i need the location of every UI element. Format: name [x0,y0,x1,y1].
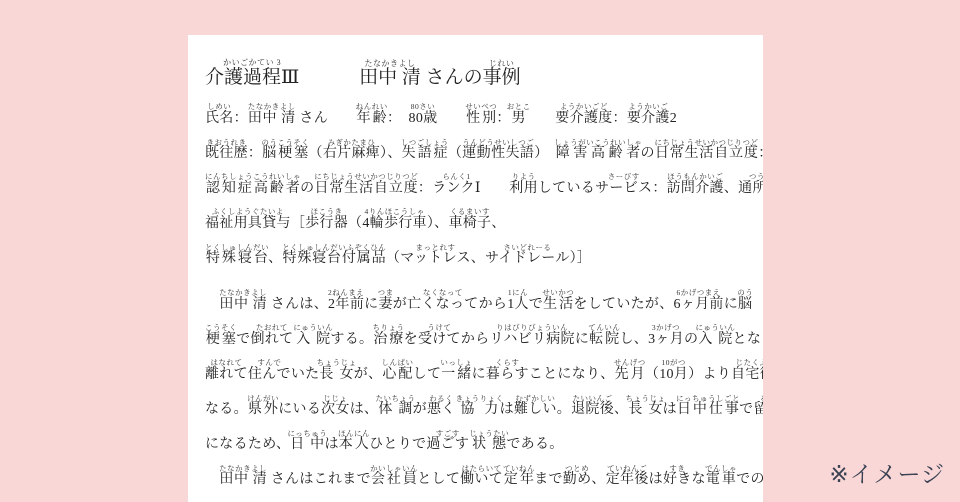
text-line: になるため、日中にっちゅうは本人ほんにんひとりで過ごすすごす状態じょうたいである… [205,427,749,462]
text-line: 既往歴きおうれき：脳梗塞のうこうそく（右片麻痺みぎかたまひ）、失語症しつごしょう… [205,136,749,171]
text-line: 認知症高齢者にんちしょうこうれいしゃの日常生活自立度にちじょうせいかつじりつど：… [205,171,749,206]
text-line: 氏名しめい：田中 清たなかきよし さん 年齢ねんれい： 80歳80さい 性別せい… [205,101,749,136]
text-line: なる。県外けんがいにいる次女じじょは、体調たいちょうが悪くわるく協力きょうりょく… [205,392,749,427]
document-content: 介護過程Ⅲかいごかてい 3 田中 清たなかきよし さんの事例じれい 氏名しめい：… [188,35,763,497]
pink-backdrop: 介護過程Ⅲかいごかてい 3 田中 清たなかきよし さんの事例じれい 氏名しめい：… [0,0,960,502]
text-line: 福祉用具貸与ふくしようぐたいよ［歩行器ほこうき（4輪歩行車4りんほこうしゃ）、車… [205,206,749,241]
text-line: 離れてはなれて住んですんでいた長女ちょうじょが、心配しんぱいして一緒いっしょに暮… [205,357,749,392]
document-page: 介護過程Ⅲかいごかてい 3 田中 清たなかきよし さんの事例じれい 氏名しめい：… [188,35,763,502]
image-watermark-label: ※イメージ [829,456,945,489]
case-description-section: 田中 清たなかきよし さんは、2年前2ねんまえに妻つまが亡くなってなくなってから… [205,287,749,497]
patient-info-section: 氏名しめい：田中 清たなかきよし さん 年齢ねんれい： 80歳80さい 性別せい… [205,101,749,276]
document-title: 介護過程Ⅲかいごかてい 3 田中 清たなかきよし さんの事例じれい [205,55,749,101]
text-line: 特殊寝台とくしゅしんだい、特殊寝台付属品とくしゅしんだいふぞくひん（マットレスま… [205,241,749,276]
text-line: 田中 清たなかきよし さんはこれまで会社員かいしゃいんとして働いてはたらいて定年… [205,462,749,497]
text-line: 田中 清たなかきよし さんは、2年前2ねんまえに妻つまが亡くなってなくなってから… [205,287,749,322]
course-title: 介護過程Ⅲかいごかてい 3 [205,67,299,88]
case-title: 田中 清たなかきよし さんの事例じれい [359,55,521,101]
text-line: 梗塞こうそくで倒れてたおれて入院にゅういんする。治療ちりょうを受けてうけてからリ… [205,322,749,357]
